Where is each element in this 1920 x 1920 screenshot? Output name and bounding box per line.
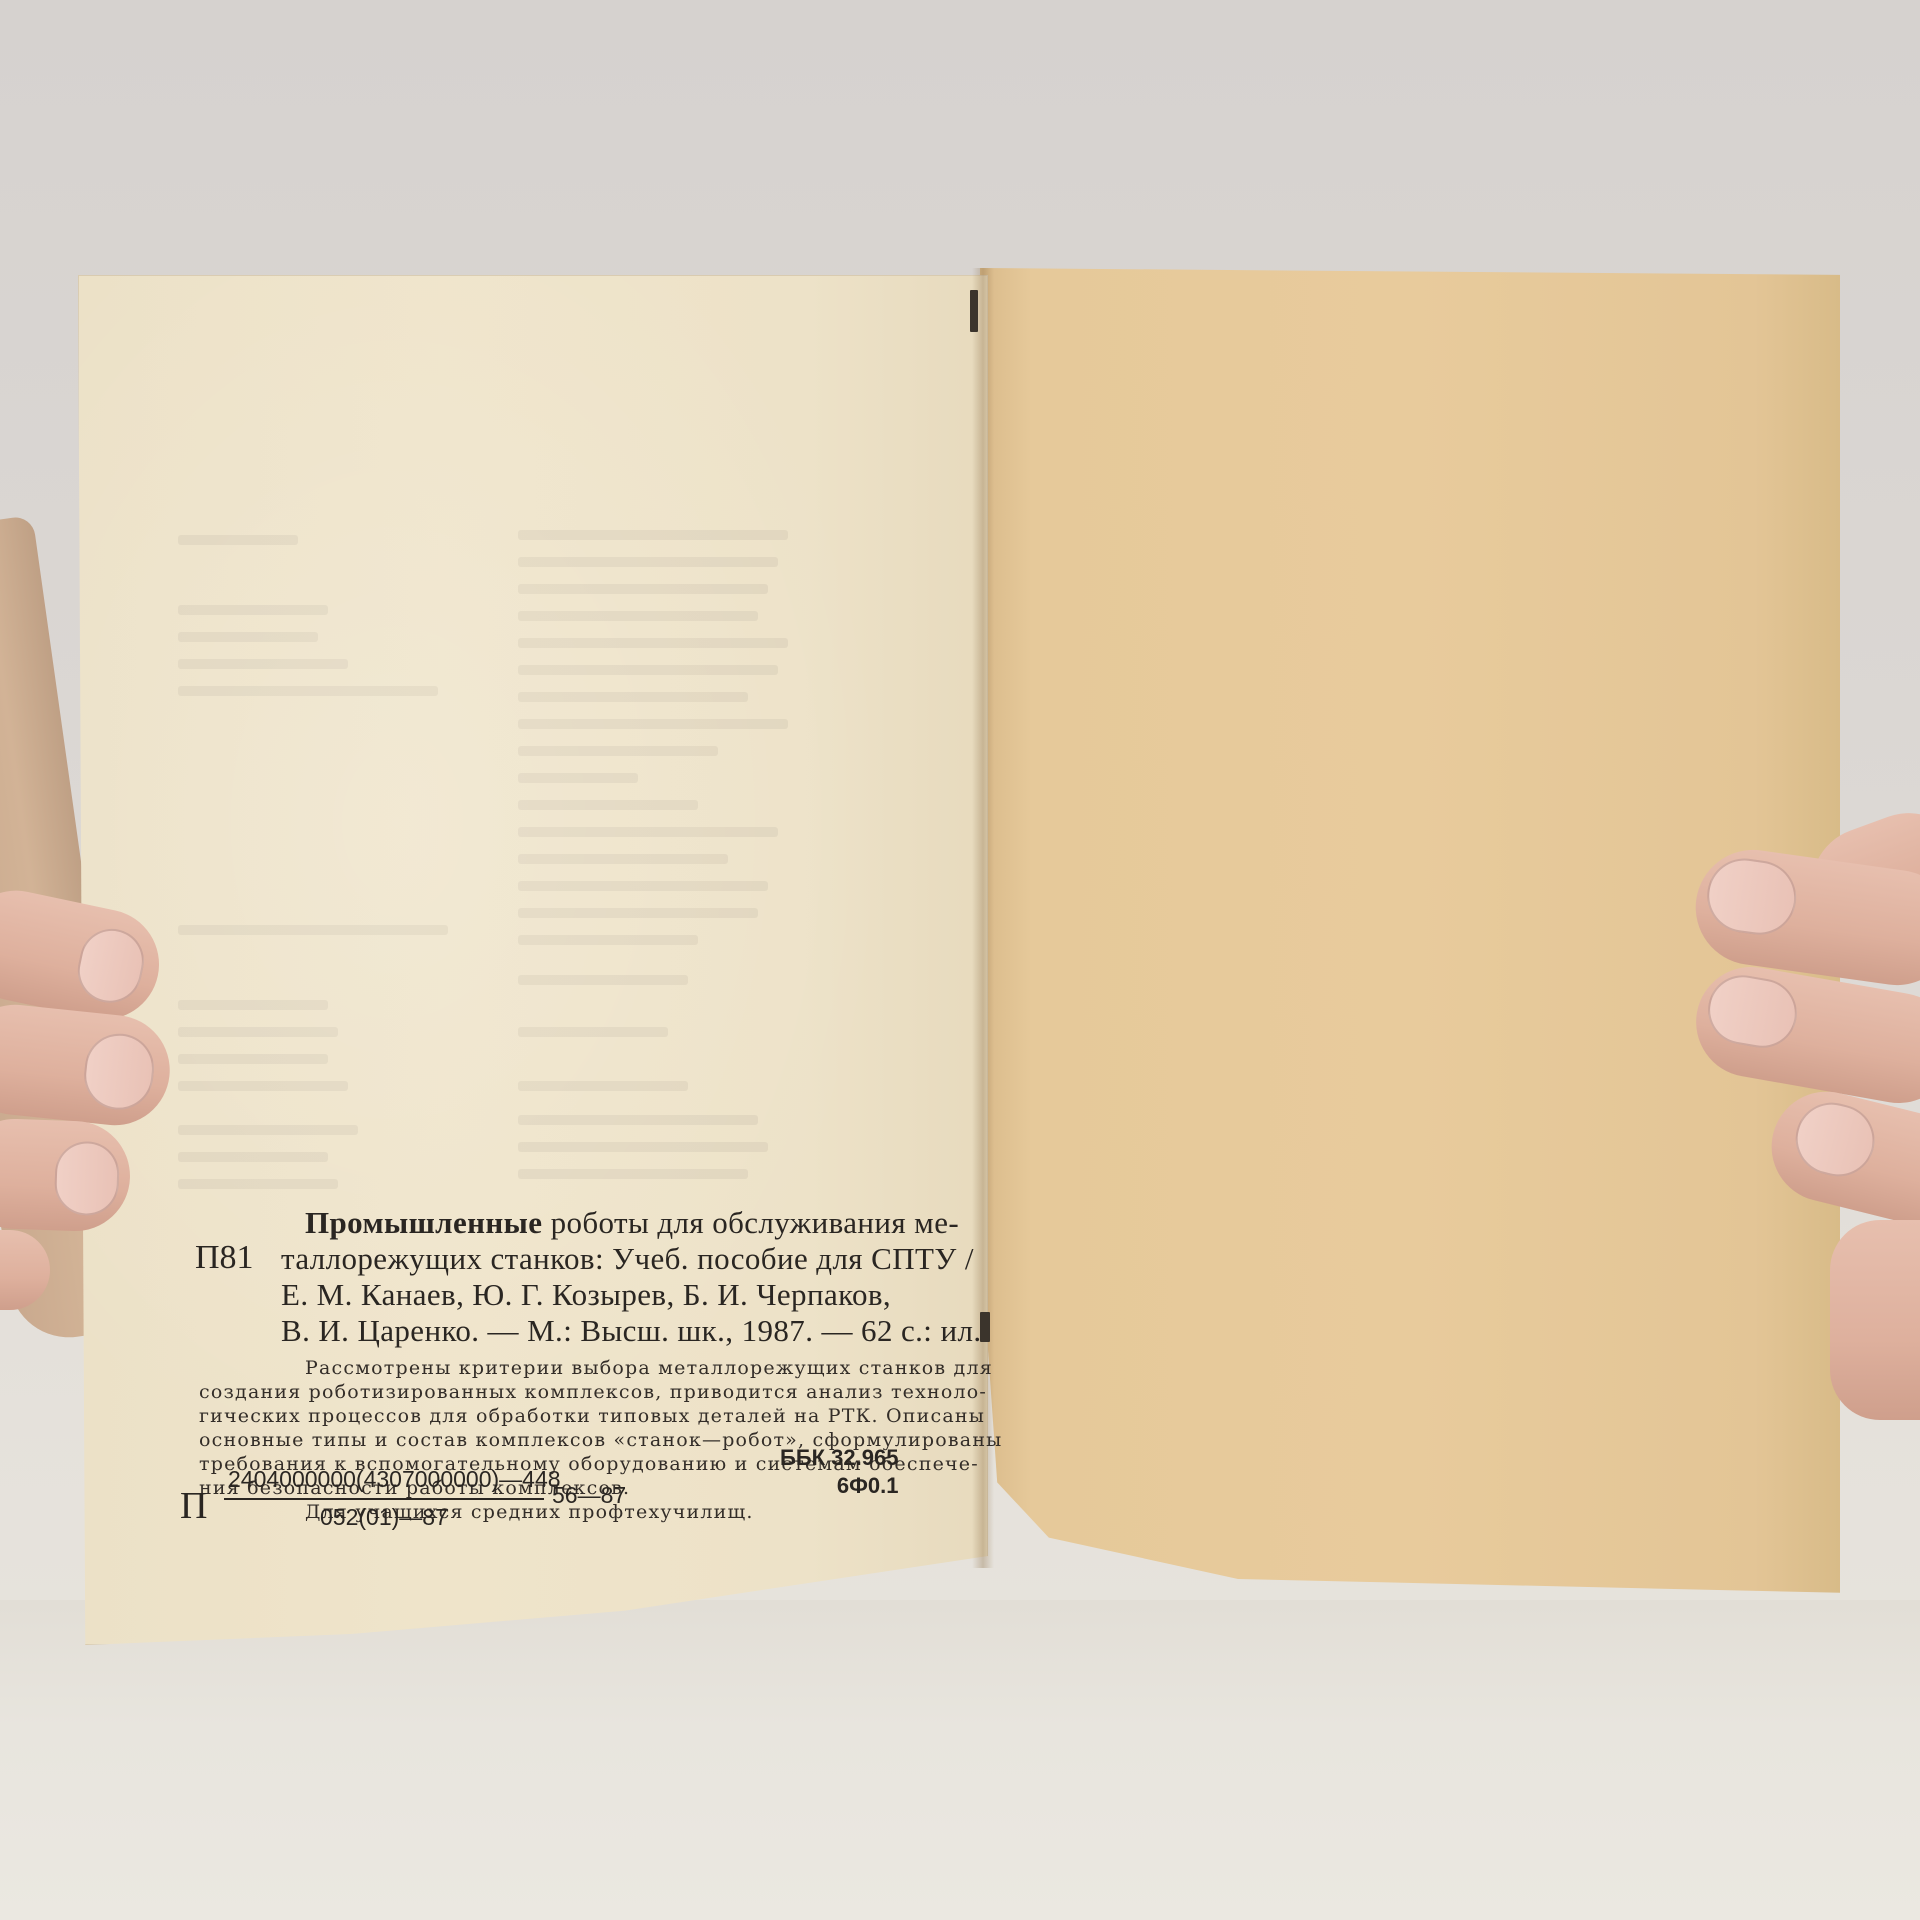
fingernail bbox=[1703, 970, 1803, 1053]
photo-scene: Промышленные роботы для обслуживания ме-… bbox=[0, 0, 1920, 1920]
bleed-through-text bbox=[518, 584, 768, 594]
bbk-classification: ББК 32.965 6Ф0.1 bbox=[780, 1444, 898, 1500]
entry-line-3: Е. М. Канаев, Ю. Г. Козырев, Б. И. Черпа… bbox=[281, 1277, 891, 1313]
bleed-through-text bbox=[178, 535, 298, 545]
bleed-through-text bbox=[178, 686, 438, 696]
bleed-through-text bbox=[178, 1125, 358, 1135]
imprint-prefix: П bbox=[180, 1484, 207, 1528]
bleed-through-text bbox=[518, 530, 788, 540]
bleed-through-text bbox=[518, 800, 698, 810]
imprint-side-code: 56—87 bbox=[552, 1482, 626, 1509]
bleed-through-text bbox=[518, 1142, 768, 1152]
title-word: Промышленные bbox=[305, 1205, 542, 1240]
bleed-through-text bbox=[518, 1081, 688, 1091]
left-hand-finger bbox=[0, 1117, 132, 1233]
annotation-line: Рассмотрены критерии выбора металлорежущ… bbox=[305, 1357, 993, 1379]
bbk-line-2: 6Ф0.1 bbox=[780, 1472, 898, 1500]
table-surface bbox=[0, 1600, 1920, 1920]
bleed-through-text bbox=[178, 659, 348, 669]
bleed-through-text bbox=[518, 692, 748, 702]
bleed-through-text bbox=[518, 638, 788, 648]
bleed-through-text bbox=[178, 1054, 328, 1064]
staple bbox=[970, 290, 978, 332]
bleed-through-text bbox=[178, 1081, 348, 1091]
bleed-through-text bbox=[518, 975, 688, 985]
fraction-bar bbox=[224, 1498, 544, 1500]
bleed-through-text bbox=[178, 1152, 328, 1162]
entry-line-4: В. И. Царенко. — М.: Высш. шк., 1987. — … bbox=[281, 1313, 981, 1349]
bleed-through-text bbox=[178, 1027, 338, 1037]
bleed-through-text bbox=[178, 605, 328, 615]
catalog-index: П81 bbox=[195, 1239, 254, 1277]
bleed-through-text bbox=[518, 746, 718, 756]
entry-line-2: таллорежущих станков: Учеб. пособие для … bbox=[281, 1241, 974, 1277]
imprint-numerator: 2404000000(4307000000)—448 bbox=[228, 1466, 561, 1493]
bleed-through-text bbox=[178, 632, 318, 642]
bleed-through-text bbox=[518, 1115, 758, 1125]
bleed-through-text bbox=[178, 1179, 338, 1189]
bbk-line-1: ББК 32.965 bbox=[780, 1444, 898, 1472]
bleed-through-text bbox=[518, 719, 788, 729]
right-page bbox=[980, 268, 1840, 1648]
entry-line-1: Промышленные роботы для обслуживания ме- bbox=[305, 1205, 959, 1241]
bleed-through-text bbox=[518, 1027, 668, 1037]
bleed-through-text bbox=[178, 1000, 328, 1010]
bleed-through-text bbox=[518, 854, 728, 864]
fingernail bbox=[1788, 1095, 1882, 1184]
annotation-line: гических процессов для обработки типовых… bbox=[199, 1405, 985, 1427]
imprint-denominator: 052(01)—87 bbox=[320, 1504, 448, 1531]
bleed-through-text bbox=[518, 908, 758, 918]
fingernail bbox=[54, 1140, 121, 1216]
staple bbox=[980, 1312, 990, 1342]
fingernail bbox=[1702, 854, 1800, 940]
bleed-through-text bbox=[518, 935, 698, 945]
bleed-through-text bbox=[518, 557, 778, 567]
bleed-through-text bbox=[518, 665, 778, 675]
bleed-through-text bbox=[178, 925, 448, 935]
bleed-through-text bbox=[518, 827, 778, 837]
bleed-through-text bbox=[518, 611, 758, 621]
bleed-through-text bbox=[518, 881, 768, 891]
fingernail bbox=[81, 1030, 158, 1113]
right-hand-palm bbox=[1830, 1220, 1920, 1420]
title-rest: роботы для обслуживания ме- bbox=[551, 1205, 960, 1240]
fingernail bbox=[72, 923, 150, 1009]
annotation-line: создания роботизированных комплексов, пр… bbox=[199, 1381, 987, 1403]
bleed-through-text bbox=[518, 1169, 748, 1179]
bleed-through-text bbox=[518, 773, 638, 783]
